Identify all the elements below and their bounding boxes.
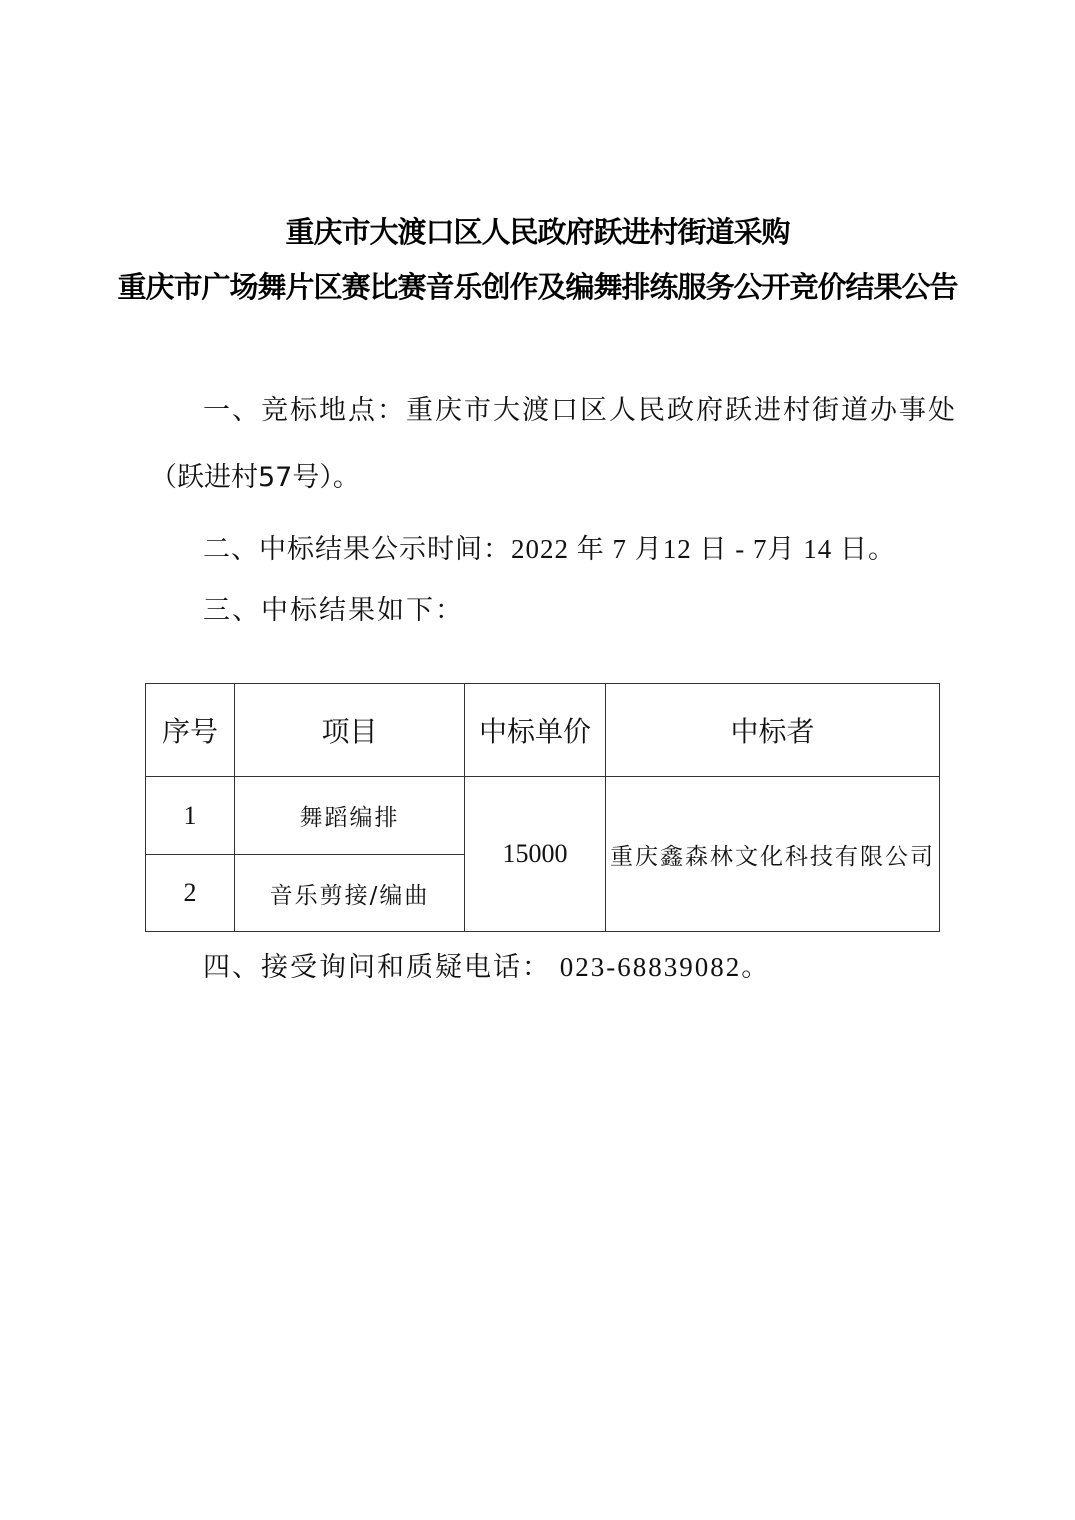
bid-price: 15000 xyxy=(465,777,606,932)
section-inquiry-phone: 四、接受询问和质疑电话： 023-68839082。 xyxy=(203,945,770,984)
section-bid-location: 一、竞标地点：重庆市大渡口区人民政府跃进村街道办事处 xyxy=(203,388,957,427)
document-title-line-1: 重庆市大渡口区人民政府跃进村街道采购 xyxy=(0,210,1075,251)
section-label: 一、竞标地点： xyxy=(203,395,406,426)
row-index: 1 xyxy=(146,777,235,855)
section-text: 2022 年 7 月12 日 - 7月 14 日。 xyxy=(511,534,896,564)
row-item: 舞蹈编排 xyxy=(235,777,465,855)
row-item: 音乐剪接/编曲 xyxy=(235,855,465,932)
section-label: 二、中标结果公示时间： xyxy=(203,534,511,565)
header-winner: 中标者 xyxy=(606,684,940,777)
header-item: 项目 xyxy=(235,684,465,777)
table-header-row: 序号 项目 中标单价 中标者 xyxy=(146,684,940,777)
winning-bidder: 重庆鑫森林文化科技有限公司 xyxy=(606,777,940,932)
header-price: 中标单价 xyxy=(465,684,606,777)
table-row: 1 舞蹈编排 15000 重庆鑫森林文化科技有限公司 xyxy=(146,777,940,855)
section-label: 三、中标结果如下： xyxy=(203,595,464,626)
section-bid-location-continued: （跃进村57号）。 xyxy=(150,455,360,494)
header-index: 序号 xyxy=(146,684,235,777)
document-title-line-2: 重庆市广场舞片区赛比赛音乐创作及编舞排练服务公开竞价结果公告 xyxy=(0,265,1075,306)
row-index: 2 xyxy=(146,855,235,932)
section-label: 四、接受询问和质疑电话： xyxy=(203,952,551,983)
results-table: 序号 项目 中标单价 中标者 1 舞蹈编排 15000 重庆鑫森林文化科技有限公… xyxy=(145,683,940,932)
phone-number: 023-68839082。 xyxy=(551,952,770,982)
section-results-heading: 三、中标结果如下： xyxy=(203,588,464,627)
section-publicity-period: 二、中标结果公示时间：2022 年 7 月12 日 - 7月 14 日。 xyxy=(203,527,896,566)
section-text: 重庆市大渡口区人民政府跃进村街道办事处 xyxy=(406,395,957,426)
